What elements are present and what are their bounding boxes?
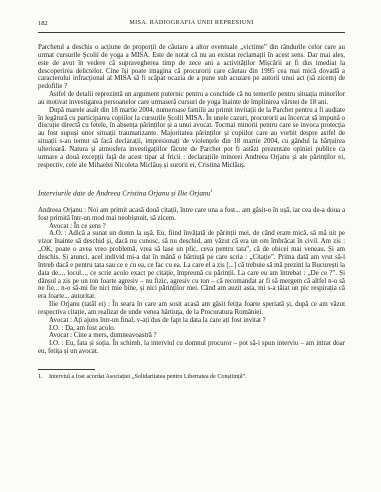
interview-paragraph: Avocat : Ați ajuns într-un final, v-ați … — [38, 317, 345, 325]
section-heading: Interviurile date de Andreea Cristina Or… — [38, 187, 345, 197]
footnote-reference: 1 — [210, 188, 212, 193]
page-header: 182 MISA. RADIOGRAFIA UNEI REPRESIUNI — [38, 20, 345, 33]
footnote: 1. Interviul a fost acordat Asociației „… — [38, 374, 345, 381]
running-title: MISA. RADIOGRAFIA UNEI REPRESIUNI — [38, 20, 345, 26]
interview-paragraph: I.O. : Da, am fost acolo. — [38, 325, 345, 333]
interview-paragraph: A.O. : Adică a sunat un domn la ușă. Eu,… — [38, 230, 345, 301]
body-text: Parchetul a deschis o acțiune de proporț… — [38, 44, 345, 356]
section-heading-text: Interviurile date de Andreea Cristina Or… — [38, 188, 210, 197]
interview-paragraph: I.O. : Eu, fata și soția. În schimb, la … — [38, 340, 345, 356]
footnote-divider — [38, 369, 95, 370]
footnote-section: 1. Interviul a fost acordat Asociației „… — [38, 369, 345, 381]
book-page: 182 MISA. RADIOGRAFIA UNEI REPRESIUNI Pa… — [0, 0, 381, 492]
interview-paragraph: Ilie Orjanu (tatăl ei) : În seara în car… — [38, 301, 345, 317]
interview-paragraph: Andreea Orjanu : Noi am primit acasă dou… — [38, 207, 345, 223]
interview-paragraph: Avocat : În ce sens ? — [38, 223, 345, 231]
paragraph: După marele asalt din 18 martie 2004, nu… — [38, 107, 345, 170]
paragraph: Parchetul a deschis o acțiune de proporț… — [38, 44, 345, 91]
footnote-marker: 1. — [38, 374, 49, 381]
paragraph: Astfel de detalii reprezintă un argument… — [38, 91, 345, 107]
footnote-text: Interviul a fost acordat Asociației „Sol… — [49, 374, 345, 381]
